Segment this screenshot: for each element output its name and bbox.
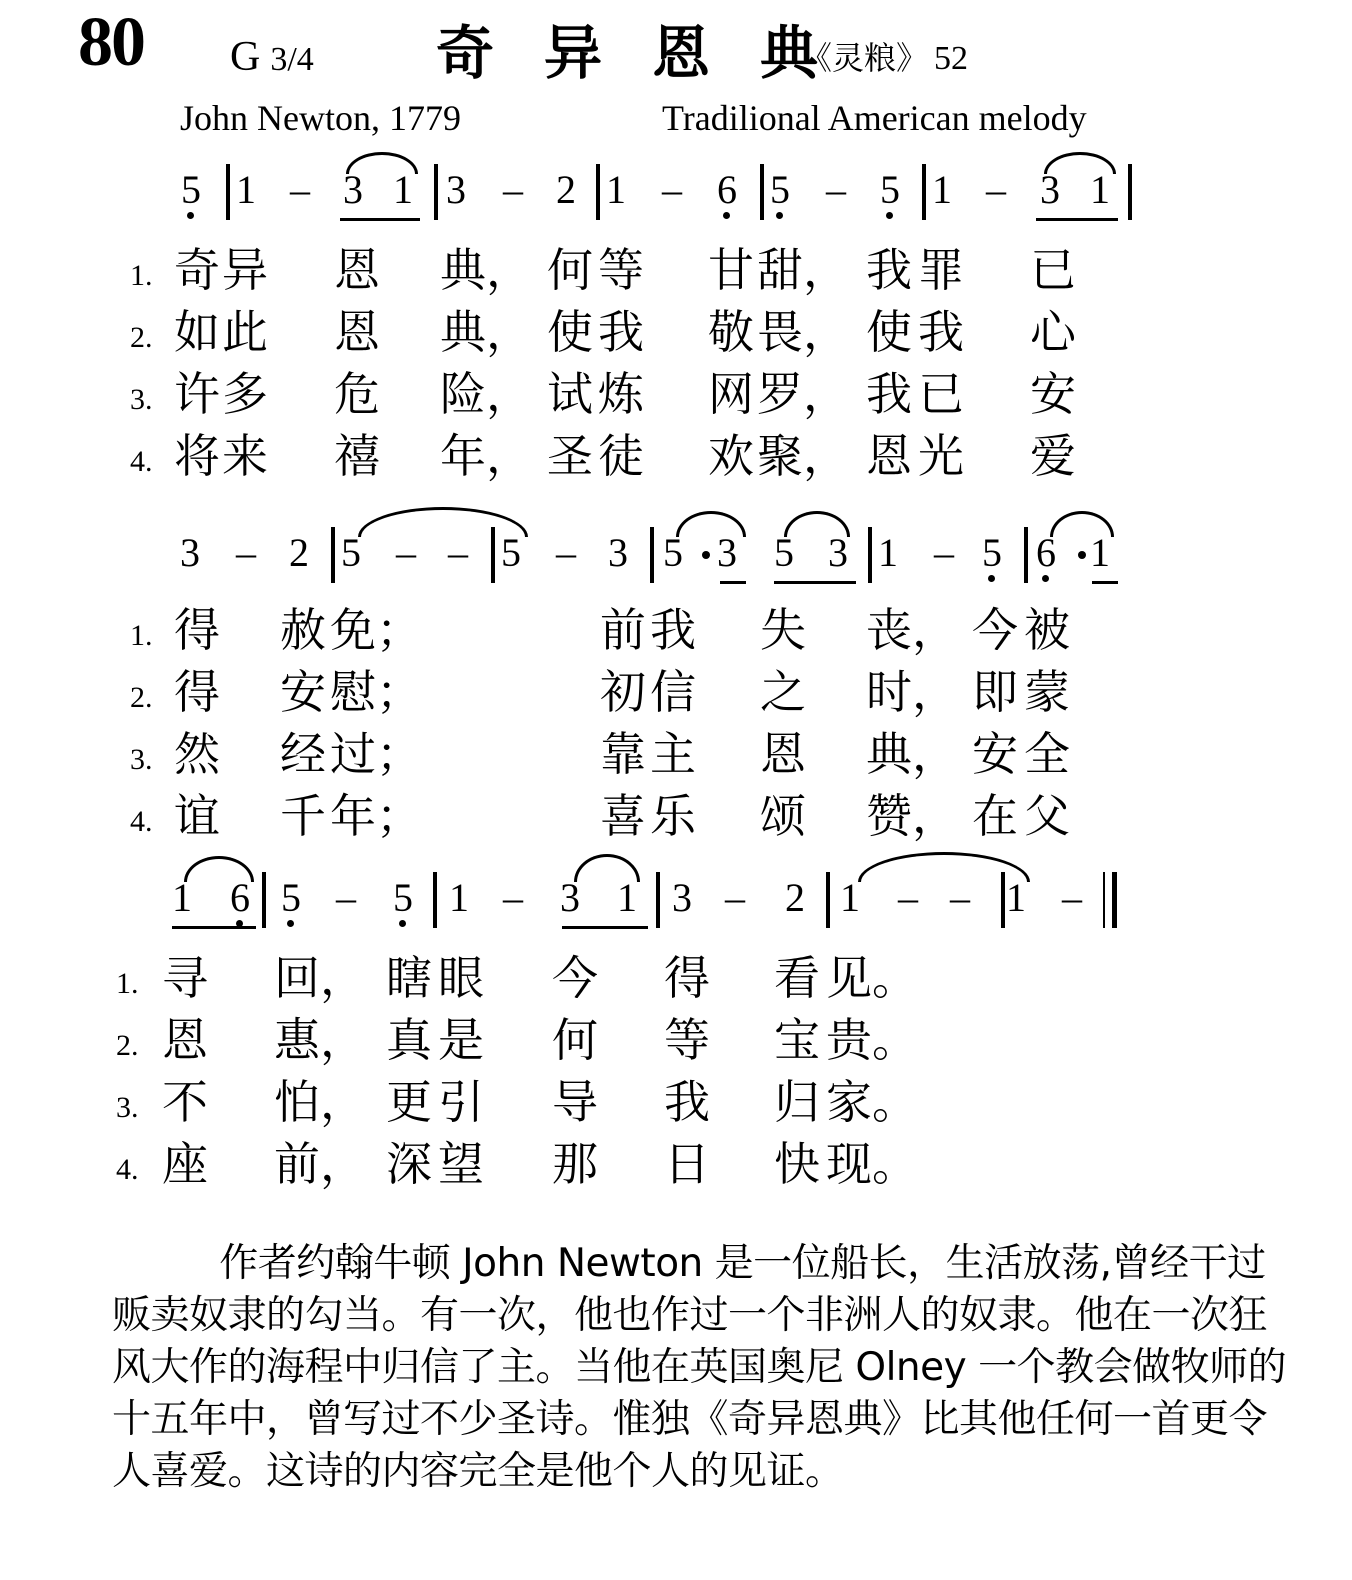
lyric-syllable: 慰； (330, 669, 422, 715)
note: 2 (552, 170, 580, 210)
lyric-syllable: 即 (972, 669, 1018, 715)
time-signature: 3/4 (270, 41, 313, 78)
lyric-syllable: 靠 (600, 731, 646, 777)
lyric-syllable: 前 (600, 607, 646, 653)
hymn-title: 奇异恩典 (436, 24, 818, 82)
low-octave-dot (399, 920, 406, 927)
note: 3 (668, 878, 696, 918)
slur-arc (1050, 511, 1114, 537)
note: 1 (389, 170, 417, 210)
verse-number: 4. (130, 807, 153, 837)
lyric-syllable: 多 (222, 371, 268, 417)
hymn-number: 80 (78, 8, 144, 78)
slur-arc (346, 152, 418, 174)
low-octave-dot (776, 212, 783, 219)
note: 3 (176, 533, 204, 573)
lyric-syllable: 使 (547, 309, 593, 355)
note: 1 (602, 170, 630, 210)
lyric-syllable: 欢 (708, 433, 754, 479)
lyric-syllable: 宝 (774, 1017, 820, 1063)
lyric-syllable: 快 (774, 1141, 820, 1187)
note: 3 (556, 878, 584, 918)
barline (262, 872, 266, 928)
slur-arc (574, 854, 640, 882)
note-paragraph: 作者约翰牛顿 John Newton 是一位船长，生活放荡,曾经干过贩卖奴隶的勾… (112, 1238, 1302, 1498)
note: 5 (389, 878, 417, 918)
sustain-dash: – (721, 878, 749, 918)
final-barline-thin (1103, 872, 1105, 928)
lyric-syllable: 如 (174, 309, 220, 355)
lyric-syllable: 千 (280, 793, 326, 839)
slur-arc (858, 852, 1030, 882)
note: 5 (876, 170, 904, 210)
barline (331, 527, 335, 583)
lyric-syllable: 导 (552, 1079, 598, 1125)
sustain-dash: – (332, 878, 360, 918)
note: 5 (177, 170, 205, 210)
final-barline (1112, 872, 1117, 928)
barline (434, 164, 438, 220)
title-char: 异 (544, 24, 652, 82)
note: 5 (337, 533, 365, 573)
sustain-dash: – (499, 878, 527, 918)
lyric-syllable: 丧， (866, 607, 958, 653)
verse-number: 4. (130, 447, 153, 477)
lyric-syllable: 父 (1024, 793, 1070, 839)
sustain-dash: – (982, 170, 1010, 210)
lyric-syllable: 过； (330, 731, 422, 777)
note: 5 (978, 533, 1006, 573)
title-char: 奇 (436, 24, 544, 82)
note: 1 (1086, 533, 1114, 573)
lyric-syllable: 初 (600, 669, 646, 715)
lyric-syllable: 典， (440, 309, 532, 355)
low-octave-dot (1042, 575, 1049, 582)
lyric-syllable: 何 (547, 247, 593, 293)
note: 1 (232, 170, 260, 210)
key: G (230, 34, 260, 80)
barline (596, 164, 600, 220)
slur-arc (784, 511, 850, 537)
lyric-syllable: 年； (330, 793, 422, 839)
eighth-note-underline (774, 581, 856, 584)
verse-number: 3. (130, 385, 153, 415)
sustain-dash: – (499, 170, 527, 210)
lyric-syllable: 光 (918, 433, 964, 479)
lyric-syllable: 徒 (598, 433, 644, 479)
barline (656, 872, 660, 928)
lyric-syllable: 不 (162, 1079, 208, 1125)
lyric-syllable: 得 (664, 955, 710, 1001)
source-number: 52 (934, 40, 968, 77)
lyric-syllable: 我 (598, 309, 644, 355)
lyric-syllable: 典， (866, 731, 958, 777)
low-octave-dot (886, 212, 893, 219)
lyric-syllable: 敬 (708, 309, 754, 355)
key-signature: G3/4 (230, 36, 314, 78)
note: 5 (766, 170, 794, 210)
lyric-syllable: 望 (438, 1141, 484, 1187)
title-char: 恩 (652, 24, 760, 82)
slur-arc (184, 856, 254, 882)
lyric-syllable: 前， (274, 1141, 366, 1187)
sustain-dash: – (946, 878, 974, 918)
note: 5 (277, 878, 305, 918)
lyric-syllable: 安 (1030, 371, 1076, 417)
lyric-syllable: 更 (386, 1079, 432, 1125)
lyric-syllable: 我 (866, 371, 912, 417)
sustain-dash: – (930, 533, 958, 573)
lyric-syllable: 使 (866, 309, 912, 355)
note: 1 (928, 170, 956, 210)
barline (1024, 527, 1028, 583)
note: 1 (445, 878, 473, 918)
lyric-syllable: 见。 (826, 955, 918, 1001)
lyric-syllable: 我 (918, 309, 964, 355)
lyric-syllable: 险， (440, 371, 532, 417)
note: 3 (604, 533, 632, 573)
barline (826, 872, 830, 928)
sustain-dash: – (444, 533, 472, 573)
lyric-syllable: 今 (972, 607, 1018, 653)
lyric-syllable: 恩 (334, 247, 380, 293)
barline (650, 527, 654, 583)
lyric-syllable: 爱 (1030, 433, 1076, 479)
lyric-syllable: 甜， (757, 247, 849, 293)
augmentation-dot (1078, 551, 1086, 559)
note: 6 (713, 170, 741, 210)
sustain-dash: – (822, 170, 850, 210)
lyric-syllable: 赦 (280, 607, 326, 653)
note: 6 (226, 878, 254, 918)
sustain-dash: – (232, 533, 260, 573)
lyric-syllable: 罪 (918, 247, 964, 293)
verse-number: 3. (130, 745, 153, 775)
lyric-syllable: 试 (547, 371, 593, 417)
eighth-note-underline (1036, 218, 1118, 221)
note: 5 (497, 533, 525, 573)
lyric-syllable: 怕， (274, 1079, 366, 1125)
verse-number: 1. (116, 969, 139, 999)
lyric-syllable: 来 (222, 433, 268, 479)
note: 5 (659, 533, 687, 573)
lyric-syllable: 甘 (708, 247, 754, 293)
lyric-syllable: 深 (386, 1141, 432, 1187)
lyric-syllable: 得 (174, 607, 220, 653)
lyric-syllable: 时， (866, 669, 958, 715)
lyric-syllable: 经 (280, 731, 326, 777)
lyric-syllable: 颂 (760, 793, 806, 839)
lyric-syllable: 在 (972, 793, 1018, 839)
lyric-syllable: 引 (438, 1079, 484, 1125)
note: 3 (442, 170, 470, 210)
eighth-note-underline (562, 926, 648, 929)
lyric-syllable: 我 (866, 247, 912, 293)
note: 5 (770, 533, 798, 573)
low-octave-dot (287, 920, 294, 927)
sustain-dash: – (894, 878, 922, 918)
lyric-syllable: 乐 (650, 793, 696, 839)
augmentation-dot (702, 551, 710, 559)
eighth-note-underline (340, 218, 420, 221)
lyric-syllable: 蒙 (1024, 669, 1070, 715)
lyric-syllable: 真 (386, 1017, 432, 1063)
lyric-syllable: 等 (598, 247, 644, 293)
lyric-syllable: 已 (918, 371, 964, 417)
lyric-syllable: 奇 (174, 247, 220, 293)
lyric-syllable: 主 (650, 731, 696, 777)
sustain-dash: – (286, 170, 314, 210)
lyric-syllable: 将 (174, 433, 220, 479)
lyric-syllable: 被 (1024, 607, 1070, 653)
lyric-syllable: 是 (438, 1017, 484, 1063)
lyric-syllable: 失 (760, 607, 806, 653)
eighth-note-underline (172, 926, 256, 929)
lyric-syllable: 已 (1030, 247, 1076, 293)
note: 2 (781, 878, 809, 918)
lyric-syllable: 畏， (757, 309, 849, 355)
eighth-note-underline (1092, 581, 1118, 584)
barline (868, 527, 872, 583)
lyric-syllable: 此 (222, 309, 268, 355)
lyric-syllable: 圣 (547, 433, 593, 479)
note: 1 (874, 533, 902, 573)
verse-number: 2. (116, 1031, 139, 1061)
lyric-syllable: 信 (650, 669, 696, 715)
note: 1 (1002, 878, 1030, 918)
lyric-syllable: 我 (664, 1079, 710, 1125)
verse-number: 2. (130, 683, 153, 713)
lyric-syllable: 回， (274, 955, 366, 1001)
barline (1128, 164, 1132, 220)
sustain-dash: – (658, 170, 686, 210)
lyric-syllable: 何 (552, 1017, 598, 1063)
hymn-background-note: 作者约翰牛顿 John Newton 是一位船长，生活放荡,曾经干过贩卖奴隶的勾… (112, 1238, 1302, 1498)
lyric-syllable: 家。 (826, 1079, 918, 1125)
low-octave-dot (723, 212, 730, 219)
barline (760, 164, 764, 220)
lyric-syllable: 恩 (334, 309, 380, 355)
lyricist: John Newton, 1779 (180, 100, 461, 136)
lyric-syllable: 罗， (757, 371, 849, 417)
note: 1 (168, 878, 196, 918)
sustain-dash: – (552, 533, 580, 573)
note: 3 (824, 533, 852, 573)
lyric-syllable: 看 (774, 955, 820, 1001)
lyric-syllable: 许 (174, 371, 220, 417)
lyric-syllable: 恩 (866, 433, 912, 479)
slur-arc (676, 511, 746, 537)
note: 3 (713, 533, 741, 573)
eighth-note-underline (720, 581, 746, 584)
note: 3 (339, 170, 367, 210)
note: 2 (285, 533, 313, 573)
lyric-syllable: 现。 (826, 1141, 918, 1187)
lyric-syllable: 典， (440, 247, 532, 293)
lyric-syllable: 得 (174, 669, 220, 715)
barline (922, 164, 926, 220)
barline (226, 164, 230, 220)
note: 1 (613, 878, 641, 918)
lyric-syllable: 炼 (598, 371, 644, 417)
slur-arc (1044, 152, 1116, 174)
lyric-syllable: 贵。 (826, 1017, 918, 1063)
source-reference: 《灵粮》52 (800, 42, 968, 76)
lyric-syllable: 危 (334, 371, 380, 417)
low-octave-dot (988, 575, 995, 582)
barline (433, 872, 437, 928)
lyric-syllable: 然 (174, 731, 220, 777)
lyric-syllable: 年， (440, 433, 532, 479)
verse-number: 1. (130, 621, 153, 651)
lyric-syllable: 日 (664, 1141, 710, 1187)
lyric-syllable: 寻 (162, 955, 208, 1001)
verse-number: 4. (116, 1155, 139, 1185)
lyric-syllable: 恩 (760, 731, 806, 777)
lyric-syllable: 恩 (162, 1017, 208, 1063)
lyric-syllable: 网 (708, 371, 754, 417)
lyric-syllable: 喜 (600, 793, 646, 839)
lyric-syllable: 免； (330, 607, 422, 653)
lyric-syllable: 今 (552, 955, 598, 1001)
lyric-syllable: 心 (1030, 309, 1076, 355)
note: 3 (1036, 170, 1064, 210)
low-octave-dot (187, 212, 194, 219)
lyric-syllable: 聚， (757, 433, 849, 479)
lyric-syllable: 归 (774, 1079, 820, 1125)
verse-number: 2. (130, 323, 153, 353)
lyric-syllable: 之 (760, 669, 806, 715)
composer: Tradilional American melody (662, 100, 1087, 136)
lyric-syllable: 那 (552, 1141, 598, 1187)
lyric-syllable: 座 (162, 1141, 208, 1187)
lyric-syllable: 全 (1024, 731, 1070, 777)
lyric-syllable: 安 (972, 731, 1018, 777)
lyric-syllable: 眼 (438, 955, 484, 1001)
lyric-syllable: 谊 (174, 793, 220, 839)
lyric-syllable: 惠， (274, 1017, 366, 1063)
note: 6 (1032, 533, 1060, 573)
verse-number: 3. (116, 1093, 139, 1123)
sustain-dash: – (392, 533, 420, 573)
lyric-syllable: 禧 (334, 433, 380, 479)
lyric-syllable: 等 (664, 1017, 710, 1063)
lyric-syllable: 异 (222, 247, 268, 293)
source-book: 《灵粮》 (800, 40, 928, 76)
lyric-syllable: 安 (280, 669, 326, 715)
lyric-syllable: 赞， (866, 793, 958, 839)
sustain-dash: – (1058, 878, 1086, 918)
slur-arc (358, 507, 528, 537)
lyric-syllable: 瞎 (386, 955, 432, 1001)
verse-number: 1. (130, 261, 153, 291)
note: 1 (836, 878, 864, 918)
note: 1 (1086, 170, 1114, 210)
lyric-syllable: 我 (650, 607, 696, 653)
